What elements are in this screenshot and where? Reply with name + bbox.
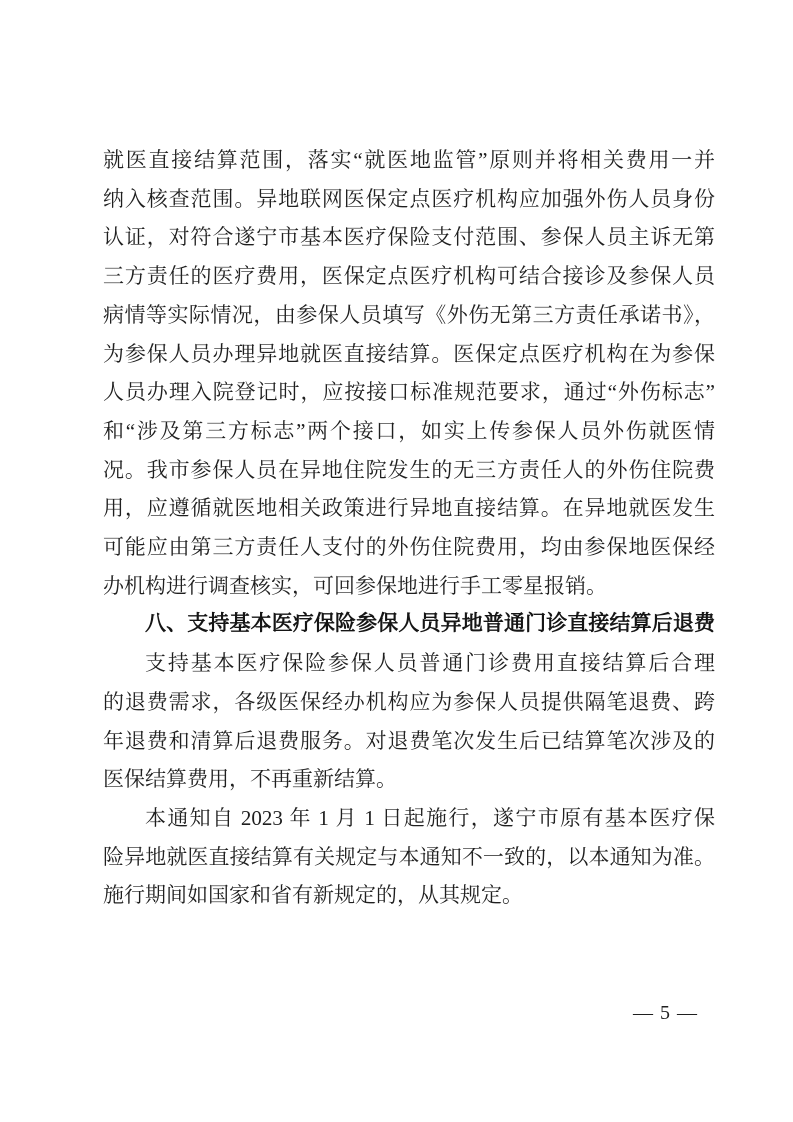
body-line-14: 支持基本医疗保险参保人员普通门诊费用直接结算后合理 bbox=[103, 644, 715, 683]
body-line-17: 医保结算费用，不再重新结算。 bbox=[103, 760, 715, 799]
document-page: 就医直接结算范围，落实“就医地监管”原则并将相关费用一并纳入核查范围。异地联网医… bbox=[0, 0, 793, 1122]
section-heading: 八、支持基本医疗保险参保人员异地普通门诊直接结算后退费 bbox=[103, 605, 715, 644]
body-line-3: 认证，对符合遂宁市基本医疗保险支付范围、参保人员主诉无第 bbox=[103, 218, 715, 257]
body-line-12: 办机构进行调查核实，可回参保地进行手工零星报销。 bbox=[103, 567, 715, 606]
body-line-15: 的退费需求，各级医保经办机构应为参保人员提供隔笔退费、跨 bbox=[103, 683, 715, 722]
body-line-2: 纳入核查范围。异地联网医保定点医疗机构应加强外伤人员身份 bbox=[103, 180, 715, 219]
body-line-1: 就医直接结算范围，落实“就医地监管”原则并将相关费用一并 bbox=[103, 141, 715, 180]
body-line-6: 为参保人员办理异地就医直接结算。医保定点医疗机构在为参保 bbox=[103, 335, 715, 374]
page-number: — 5 — bbox=[633, 1002, 698, 1025]
body-line-7: 人员办理入院登记时，应按接口标准规范要求，通过“外伤标志” bbox=[103, 373, 715, 412]
body-line-16: 年退费和清算后退费服务。对退费笔次发生后已结算笔次涉及的 bbox=[103, 722, 715, 761]
body-line-5: 病情等实际情况，由参保人员填写《外伤无第三方责任承诺书》， bbox=[103, 296, 715, 335]
body-line-20: 施行期间如国家和省有新规定的，从其规定。 bbox=[103, 876, 715, 915]
body-line-9: 况。我市参保人员在异地住院发生的无三方责任人的外伤住院费 bbox=[103, 451, 715, 490]
body-line-8: 和“涉及第三方标志”两个接口，如实上传参保人员外伤就医情 bbox=[103, 412, 715, 451]
document-body: 就医直接结算范围，落实“就医地监管”原则并将相关费用一并纳入核查范围。异地联网医… bbox=[103, 141, 715, 915]
body-line-18: 本通知自 2023 年 1 月 1 日起施行，遂宁市原有基本医疗保 bbox=[103, 799, 715, 838]
body-line-10: 用，应遵循就医地相关政策进行异地直接结算。在异地就医发生 bbox=[103, 489, 715, 528]
body-line-11: 可能应由第三方责任人支付的外伤住院费用，均由参保地医保经 bbox=[103, 528, 715, 567]
body-line-4: 三方责任的医疗费用，医保定点医疗机构可结合接诊及参保人员 bbox=[103, 257, 715, 296]
body-line-19: 险异地就医直接结算有关规定与本通知不一致的，以本通知为准。 bbox=[103, 838, 715, 877]
